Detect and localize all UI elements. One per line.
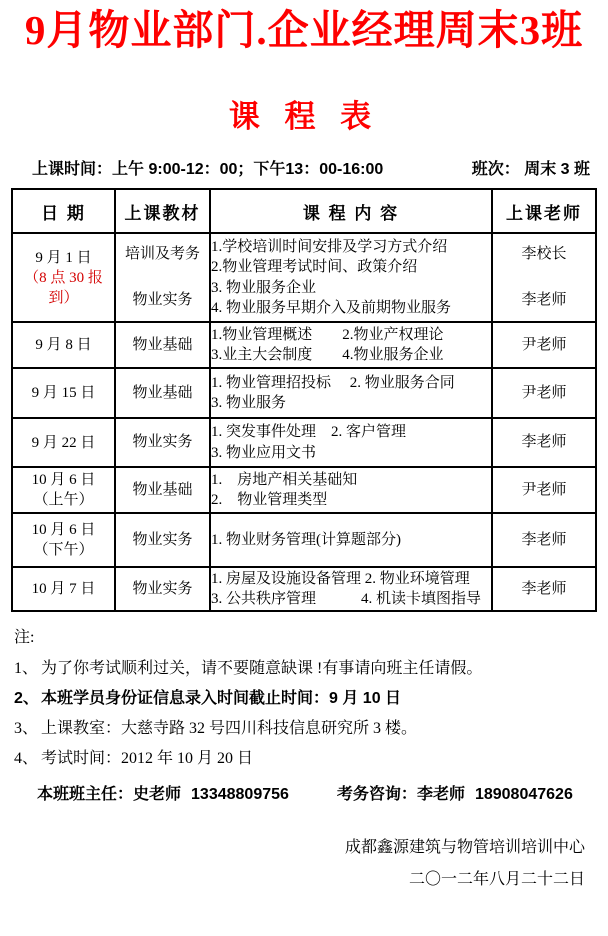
materials-stack: 物业实务 — [116, 433, 209, 452]
table-row: 9 月 22 日物业实务1. 突发事件处理 2. 客户管理3. 物业应用文书李老… — [12, 418, 596, 467]
exam-consult-name: 李老师 — [417, 786, 465, 803]
schedule-subtitle: 课 程 表 — [0, 98, 608, 136]
material-item: 物业基础 — [132, 384, 192, 403]
materials-stack: 物业基础 — [116, 336, 209, 355]
date-cell: 10 月 7 日 — [12, 567, 115, 611]
materials-cell: 物业基础 — [115, 368, 210, 418]
course-content-line: 1. 突发事件处理 2. 客户管理 — [211, 422, 491, 443]
teacher-name: 尹老师 — [521, 384, 566, 403]
date-cell: 10 月 6 日（下午） — [12, 513, 115, 567]
course-content-cell: 1. 物业管理招投标 2. 物业服务合同3. 物业服务 — [210, 368, 492, 418]
teachers-stack: 李老师 — [493, 433, 595, 452]
table-row: 10 月 7 日物业实务1. 房屋及设施设备管理 2. 物业环境管理3. 公共秩… — [12, 567, 596, 611]
table-row: 9 月 15 日物业基础1. 物业管理招投标 2. 物业服务合同3. 物业服务尹… — [12, 368, 596, 418]
table-row: 9 月 8 日物业基础1.物业管理概述 2.物业产权理论3.业主大会制度 4.物… — [12, 322, 596, 368]
teacher-cell: 李校长李老师 — [492, 233, 596, 322]
page-title: 9月物业部门.企业经理周末3班 — [0, 2, 608, 58]
table-row: 10 月 6 日（下午）物业实务1. 物业财务管理(计算题部分)李老师 — [12, 513, 596, 567]
course-content-line: 1. 物业管理招投标 2. 物业服务合同 — [211, 373, 491, 394]
material-item: 物业实务 — [132, 580, 192, 599]
teachers-stack: 李老师 — [493, 580, 595, 599]
note-text: 上课教室：大慈寺路 32 号四川科技信息研究所 3 楼。 — [41, 719, 417, 738]
teacher-name: 尹老师 — [521, 336, 566, 355]
teacher-name: 李老师 — [521, 291, 566, 310]
head-teacher-label: 本班班主任： — [37, 786, 133, 803]
class-number-value: 周末 3 班 — [524, 161, 590, 178]
course-schedule-page: 9月物业部门.企业经理周末3班 课 程 表 上课时间：上午 9:00-12：00… — [0, 2, 608, 936]
teacher-cell: 尹老师 — [492, 467, 596, 513]
date-text: 9 月 1 日 — [13, 248, 114, 268]
table-header-row: 日 期上课教材课 程 内 容上课老师 — [12, 189, 596, 233]
course-content-line: 3.业主大会制度 4.物业服务企业 — [211, 345, 491, 366]
note-number: 3、 — [14, 719, 41, 738]
class-time-value: 上午 9:00-12：00；下午13：00-16:00 — [112, 161, 383, 178]
materials-cell: 物业实务 — [115, 513, 210, 567]
teacher-name: 李老师 — [521, 433, 566, 452]
class-number: 班次： 周末 3 班 — [472, 156, 590, 179]
note-item: 2、本班学员身份证信息录入时间截止时间：9 月 10 日 — [14, 689, 594, 708]
teacher-name: 李老师 — [521, 531, 566, 550]
notes-list: 1、为了你考试顺利过关，请不要随意缺课 !有事请向班主任请假。2、本班学员身份证… — [14, 659, 594, 768]
course-content-line: 3. 物业服务企业 — [211, 278, 491, 299]
course-content-line: 3. 公共秩序管理 4. 机读卡填图指导 — [211, 589, 491, 610]
date-text: 9 月 8 日 — [13, 335, 114, 355]
date-cell: 9 月 1 日（8 点 30 报到） — [12, 233, 115, 322]
teachers-stack: 尹老师 — [493, 384, 595, 403]
date-cell: 9 月 22 日 — [12, 418, 115, 467]
column-header: 上课教材 — [115, 189, 210, 233]
materials-stack: 物业实务 — [116, 531, 209, 550]
teachers-stack: 李老师 — [493, 531, 595, 550]
teacher-name: 尹老师 — [521, 481, 566, 500]
materials-stack: 物业基础 — [116, 384, 209, 403]
note-number: 2、 — [14, 689, 41, 708]
date-text: 9 月 22 日 — [13, 433, 114, 453]
material-item: 物业基础 — [132, 481, 192, 500]
date-text: 9 月 15 日 — [13, 383, 114, 403]
course-content-cell: 1. 房屋及设施设备管理 2. 物业环境管理3. 公共秩序管理 4. 机读卡填图… — [210, 567, 492, 611]
note-number: 4、 — [14, 749, 41, 768]
teachers-stack: 李校长李老师 — [493, 245, 595, 310]
course-content-line: 1.物业管理概述 2.物业产权理论 — [211, 325, 491, 346]
note-text: 为了你考试顺利过关，请不要随意缺课 !有事请向班主任请假。 — [41, 659, 482, 678]
teacher-cell: 李老师 — [492, 418, 596, 467]
class-time: 上课时间：上午 9:00-12：00；下午13：00-16:00 — [32, 156, 383, 179]
course-content-cell: 1.物业管理概述 2.物业产权理论3.业主大会制度 4.物业服务企业 — [210, 322, 492, 368]
table-row: 10 月 6 日（上午）物业基础1. 房地产相关基础知2. 物业管理类型尹老师 — [12, 467, 596, 513]
note-number: 1、 — [14, 659, 41, 678]
notes-label: 注: — [14, 628, 594, 648]
teacher-cell: 李老师 — [492, 513, 596, 567]
teacher-name: 李老师 — [521, 580, 566, 599]
material-item: 物业实务 — [132, 291, 192, 310]
teacher-cell: 尹老师 — [492, 322, 596, 368]
exam-consult-label: 考务咨询： — [337, 786, 417, 803]
course-content-cell: 1. 物业财务管理(计算题部分) — [210, 513, 492, 567]
class-number-label: 班次： — [472, 161, 520, 178]
date-cell: 9 月 15 日 — [12, 368, 115, 418]
materials-cell: 物业实务 — [115, 567, 210, 611]
date-note: （上午） — [13, 490, 114, 510]
footer-date: 二〇一二年八月二十二日 — [0, 870, 585, 890]
course-content-line: 1. 物业财务管理(计算题部分) — [211, 530, 491, 551]
course-content-cell: 1.学校培训时间安排及学习方式介绍2.物业管理考试时间、政策介绍3. 物业服务企… — [210, 233, 492, 322]
class-info-line: 上课时间：上午 9:00-12：00；下午13：00-16:00 班次： 周末 … — [32, 156, 590, 179]
materials-cell: 物业实务 — [115, 418, 210, 467]
column-header: 上课老师 — [492, 189, 596, 233]
date-cell: 9 月 8 日 — [12, 322, 115, 368]
head-teacher-phone: 13348809756 — [191, 786, 289, 803]
date-cell: 10 月 6 日（上午） — [12, 467, 115, 513]
note-text: 本班学员身份证信息录入时间截止时间：9 月 10 日 — [41, 689, 401, 708]
note-item: 1、为了你考试顺利过关，请不要随意缺课 !有事请向班主任请假。 — [14, 659, 594, 678]
teacher-cell: 尹老师 — [492, 368, 596, 418]
date-note: （8 点 30 报到） — [13, 268, 114, 308]
contact-line: 本班班主任：史老师13348809756考务咨询：李老师18908047626 — [37, 781, 608, 804]
material-item: 物业基础 — [132, 336, 192, 355]
column-header: 日 期 — [12, 189, 115, 233]
note-text: 考试时间：2012 年 10 月 20 日 — [41, 749, 253, 768]
course-content-cell: 1. 房地产相关基础知2. 物业管理类型 — [210, 467, 492, 513]
course-content-line: 1. 房地产相关基础知 — [211, 470, 491, 491]
head-teacher-name: 史老师 — [133, 786, 181, 803]
course-content-line: 4. 物业服务早期介入及前期物业服务 — [211, 298, 491, 319]
schedule-table: 日 期上课教材课 程 内 容上课老师 9 月 1 日（8 点 30 报到）培训及… — [11, 188, 597, 612]
teachers-stack: 尹老师 — [493, 336, 595, 355]
note-item: 3、上课教室：大慈寺路 32 号四川科技信息研究所 3 楼。 — [14, 719, 594, 738]
footer: 成都鑫源建筑与物管培训培训中心 二〇一二年八月二十二日 — [0, 838, 608, 890]
materials-stack: 物业实务 — [116, 580, 209, 599]
materials-cell: 物业基础 — [115, 322, 210, 368]
footer-organization: 成都鑫源建筑与物管培训培训中心 — [0, 838, 585, 858]
date-note: （下午） — [13, 540, 114, 560]
date-text: 10 月 6 日 — [13, 470, 114, 490]
material-item: 物业实务 — [132, 531, 192, 550]
course-content-line: 1.学校培训时间安排及学习方式介绍 — [211, 237, 491, 258]
materials-stack: 培训及考务物业实务 — [116, 245, 209, 310]
course-content-line: 3. 物业应用文书 — [211, 443, 491, 464]
materials-cell: 培训及考务物业实务 — [115, 233, 210, 322]
table-row: 9 月 1 日（8 点 30 报到）培训及考务物业实务1.学校培训时间安排及学习… — [12, 233, 596, 322]
course-content-line: 2.物业管理考试时间、政策介绍 — [211, 257, 491, 278]
notes-section: 注: 1、为了你考试顺利过关，请不要随意缺课 !有事请向班主任请假。2、本班学员… — [14, 628, 594, 768]
teachers-stack: 尹老师 — [493, 481, 595, 500]
note-item: 4、考试时间：2012 年 10 月 20 日 — [14, 749, 594, 768]
date-text: 10 月 7 日 — [13, 579, 114, 599]
material-item: 培训及考务 — [125, 245, 200, 264]
course-content-line: 3. 物业服务 — [211, 393, 491, 414]
date-text: 10 月 6 日 — [13, 520, 114, 540]
teacher-cell: 李老师 — [492, 567, 596, 611]
exam-consult-phone: 18908047626 — [475, 786, 573, 803]
course-content-cell: 1. 突发事件处理 2. 客户管理3. 物业应用文书 — [210, 418, 492, 467]
materials-cell: 物业基础 — [115, 467, 210, 513]
course-content-line: 1. 房屋及设施设备管理 2. 物业环境管理 — [211, 569, 491, 590]
column-header: 课 程 内 容 — [210, 189, 492, 233]
course-content-line: 2. 物业管理类型 — [211, 490, 491, 511]
material-item: 物业实务 — [132, 433, 192, 452]
class-time-label: 上课时间： — [32, 161, 112, 178]
teacher-name: 李校长 — [521, 245, 566, 264]
materials-stack: 物业基础 — [116, 481, 209, 500]
